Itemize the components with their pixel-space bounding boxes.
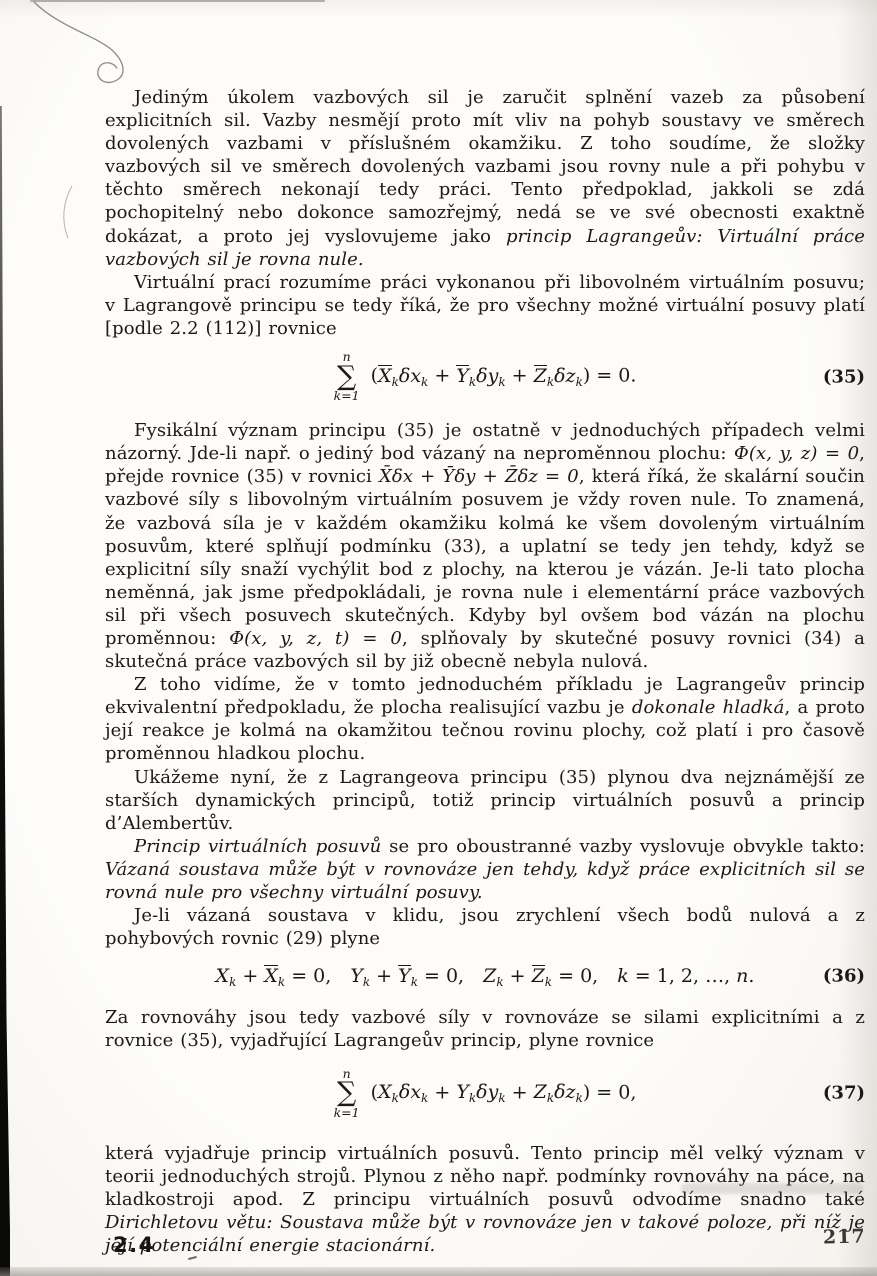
ink-bleed-smudge <box>681 1183 863 1194</box>
summation-symbol: n ∑ k=1 <box>334 1067 360 1120</box>
pencil-dash-mark <box>188 1256 197 1260</box>
equation-35-terms: (Xkδxk + Ykδyk + Zkδzk) = 0. <box>371 365 637 387</box>
paragraph-3: Fysikální význam principu (35) je ostatn… <box>105 419 865 673</box>
scan-edge-bottom <box>0 1267 877 1276</box>
equation-36: Xk + Xk = 0, Yk + Yk = 0, Zk + Zk = 0, k… <box>105 965 865 987</box>
equation-37: n ∑ k=1 (Xkδxk + Ykδyk + Zkδzk) = 0, (37… <box>105 1067 865 1120</box>
sigma-icon: ∑ <box>337 364 356 390</box>
scan-edge-top <box>30 0 325 2</box>
paragraph-2: Virtuální prací rozumíme práci vykonanou… <box>105 271 865 340</box>
paragraph-1: Jediným úkolem vazbových sil je zaručit … <box>105 86 865 271</box>
equation-36-number: (36) <box>823 966 865 987</box>
equation-35: n ∑ k=1 (Xkδxk + Ykδyk + Zkδzk) = 0. (35… <box>105 350 865 403</box>
equation-37-number: (37) <box>823 1083 865 1104</box>
paragraph-5: Ukážeme nyní, že z Lagrangeova principu … <box>105 766 865 835</box>
section-label: 2.4 <box>113 1233 155 1257</box>
equation-35-number: (35) <box>823 366 865 387</box>
paragraph-8: Za rovnováhy jsou tedy vazbové síly v ro… <box>105 1006 865 1052</box>
sigma-icon: ∑ <box>337 1080 356 1106</box>
page-text-block: Jediným úkolem vazbových sil je zaručit … <box>105 86 865 1257</box>
book-binding-edge <box>0 106 10 1276</box>
paragraph-9: která vyjadřuje princip virtuálních posu… <box>105 1142 865 1257</box>
scanned-book-page: Jediným úkolem vazbových sil je zaručit … <box>0 0 877 1276</box>
equation-37-terms: (Xkδxk + Ykδyk + Zkδzk) = 0, <box>371 1081 637 1103</box>
equation-37-body: n ∑ k=1 (Xkδxk + Ykδyk + Zkδzk) = 0, <box>334 1067 637 1120</box>
page-number: 217 <box>823 1225 866 1248</box>
equation-35-body: n ∑ k=1 (Xkδxk + Ykδyk + Zkδzk) = 0. <box>334 350 637 403</box>
paragraph-7: Je-li vázaná soustava v klidu, jsou zryc… <box>105 904 865 950</box>
paragraph-6: Princip virtuálních posuvů se pro oboust… <box>105 835 865 904</box>
summation-symbol: n ∑ k=1 <box>334 350 360 403</box>
sum-lower-limit: k=1 <box>334 1106 360 1120</box>
equation-36-terms: Xk + Xk = 0, Yk + Yk = 0, Zk + Zk = 0, k… <box>216 965 755 987</box>
paragraph-4: Z toho vidíme, že v tomto jednoduchém př… <box>105 673 865 765</box>
sum-lower-limit: k=1 <box>334 389 360 403</box>
